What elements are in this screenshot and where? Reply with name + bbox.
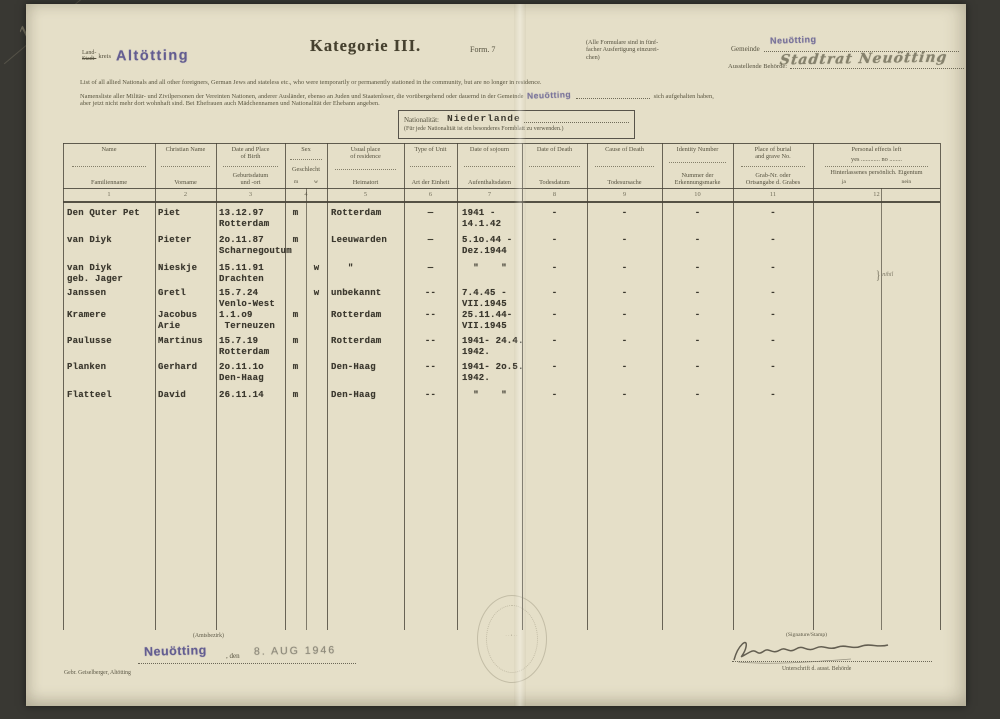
place-stamp: Neuötting (144, 643, 207, 659)
table-row: van Diyk geb. JagerNieskje15.11.91 Drach… (63, 263, 940, 289)
nationality-note: (Für jede Nationalität ist ein besondere… (404, 126, 629, 132)
cell-sex-m: m (285, 390, 306, 401)
cell-vorname: Piet (158, 208, 216, 219)
dotted-line (732, 661, 932, 662)
cell-death-date: - (522, 390, 587, 401)
cell-vorname: David (158, 390, 216, 401)
cell-death-cause: - (587, 362, 662, 373)
col-header-sojourn: Date of sojournAufenthaltsdaten (457, 145, 522, 187)
amtsbezirk-label: (Amtsbezirk) (193, 633, 224, 639)
cell-identity: - (662, 288, 733, 299)
cell-vorname: Gretl (158, 288, 216, 299)
cell-death-date: - (522, 310, 587, 321)
den-label: , den (226, 652, 240, 660)
district-stamp: Altötting (116, 48, 189, 65)
nationality-box: Nationalität: Niederlande (Für jede Nati… (398, 110, 635, 139)
cell-name: Flatteel (67, 390, 157, 401)
cell-sex-m: m (285, 362, 306, 373)
col-header-effects: Personal effects left yes ............ n… (813, 145, 940, 187)
cell-death-date: - (522, 235, 587, 246)
cell-birth: 26.11.14 (219, 390, 289, 401)
nationality-label: Nationalität: (404, 116, 439, 124)
table-row: van DiykPieter2o.11.87 ScharnegoutummLee… (63, 235, 940, 261)
cell-residence: Rotterdam (331, 310, 404, 321)
col-header-burial: Place of burial and grave No.Grab-Nr. od… (733, 145, 813, 187)
cell-grave: - (733, 235, 813, 246)
col-number: 1 (63, 190, 155, 200)
cell-sojourn: 1941- 24.4. 1942. (462, 336, 524, 357)
table-row: Den Quter PetPiet13.12.97 RotterdammRott… (63, 208, 940, 234)
dotted-line (524, 116, 629, 123)
cell-residence: Rotterdam (331, 336, 404, 347)
cell-identity: - (662, 310, 733, 321)
page-title: Kategorie III. (310, 36, 421, 56)
col-header-name: NameFamilienname (63, 145, 155, 187)
cell-unit: -- (404, 310, 457, 321)
form-number: Form. 7 (470, 45, 495, 54)
col-number: 11 (733, 190, 813, 200)
cell-vorname: Nieskje (158, 263, 216, 274)
cell-residence: Den-Haag (331, 390, 404, 401)
cell-name: Paulusse (67, 336, 157, 347)
cell-death-cause: - (587, 310, 662, 321)
cell-sojourn: " " (462, 263, 524, 274)
copies-note: (Alle Formulare sind in fünf- facher Aus… (586, 39, 711, 61)
cell-name: Planken (67, 362, 157, 373)
col-header-identity: Identity NumberNummer der Erkennungsmark… (662, 145, 733, 187)
col-header-unit: Type of UnitArt der Einheit (404, 145, 457, 187)
printer-imprint: Gebr. Geiselberger, Altötting (64, 670, 131, 676)
intro-german-line: Namensliste aller Militär- und Zivilpers… (80, 90, 948, 100)
cell-residence: unbekannt (331, 288, 404, 299)
cell-unit: -- (404, 288, 457, 299)
col-header-death-date: Date of DeathTodesdatum (522, 145, 587, 187)
col-header-residence: Usual place of residenceHeimatort (327, 145, 404, 187)
district-field: Land- Stadt- kreis Altötting (82, 48, 189, 64)
table-row: PlankenGerhard2o.11.1o Den-HaagmDen-Haag… (63, 362, 940, 388)
document-paper: Land- Stadt- kreis Altötting Kategorie I… (26, 4, 966, 706)
cell-death-cause: - (587, 288, 662, 299)
kreis-label: kreis (98, 53, 111, 60)
col-number: 5 (327, 190, 404, 200)
col-number: 10 (662, 190, 733, 200)
cell-residence: " (331, 263, 404, 274)
dotted-line (138, 663, 356, 664)
col-header-sex: SexGeschlecht mw (285, 145, 327, 187)
cell-birth: 15.11.91 Drachten (219, 263, 289, 284)
intro-german-line2: aber jetzt nicht mehr dort wohnhaft sind… (80, 100, 380, 107)
stadt-label: Stadt- (82, 56, 96, 63)
cell-death-date: - (522, 336, 587, 347)
cell-name: van Diyk (67, 235, 157, 246)
gemeinde-label: Gemeinde (731, 45, 760, 53)
cell-unit: -- (404, 390, 457, 401)
cell-grave: - (733, 263, 813, 274)
cell-death-cause: - (587, 208, 662, 219)
cell-sex-m: m (285, 208, 306, 219)
table-row: PaulusseMartinus15.7.19 RotterdammRotter… (63, 336, 940, 362)
cell-sojourn: 1941- 2o.5. 1942. (462, 362, 524, 383)
cell-vorname: Martinus (158, 336, 216, 347)
cell-sojourn: 25.11.44- VII.1945 (462, 310, 524, 331)
col-header-birth: Date and Place of BirthGeburtsdatum und … (216, 145, 285, 187)
handwritten-brace-note: } nihil (875, 267, 893, 283)
cell-unit: — (404, 208, 457, 219)
official-seal: ··•·· (477, 595, 547, 683)
header-divider (63, 188, 940, 189)
issuing-authority-field: Ausstellende Behörde: (728, 62, 964, 70)
cell-sojourn: " " (462, 390, 524, 401)
cell-grave: - (733, 208, 813, 219)
cell-grave: - (733, 336, 813, 347)
col-header-death-cause: Cause of DeathTodesursache (587, 145, 662, 187)
cell-death-cause: - (587, 263, 662, 274)
table-row: FlatteelDavid26.11.14mDen-Haag-- " "---- (63, 390, 940, 416)
cell-grave: - (733, 310, 813, 321)
cell-death-cause: - (587, 390, 662, 401)
signature-authority-label: Unterschrift d. ausst. Behörde (782, 666, 851, 672)
cell-residence: Den-Haag (331, 362, 404, 373)
cell-vorname: Pieter (158, 235, 216, 246)
registry-table: NameFamilienname Christian NameVorname D… (63, 143, 940, 630)
col-number: 6 (404, 190, 457, 200)
cell-death-cause: - (587, 235, 662, 246)
table-row: KramereJacobus Arie1.1.o9 TerneuzenmRott… (63, 310, 940, 336)
cell-name: Den Quter Pet (67, 208, 157, 219)
nationality-value: Niederlande (447, 113, 521, 124)
cell-sex-w: w (306, 263, 327, 274)
cell-unit: — (404, 263, 457, 274)
cell-sex-m: m (285, 235, 306, 246)
table-border-top (63, 143, 940, 144)
cell-identity: - (662, 235, 733, 246)
cell-death-date: - (522, 208, 587, 219)
cell-residence: Rotterdam (331, 208, 404, 219)
cell-birth: 2o.11.1o Den-Haag (219, 362, 289, 383)
cell-death-date: - (522, 263, 587, 274)
cell-birth: 15.7.19 Rotterdam (219, 336, 289, 357)
cell-identity: - (662, 263, 733, 274)
header-bottom-rule (63, 201, 940, 203)
dotted-line (790, 62, 964, 69)
cell-vorname: Jacobus Arie (158, 310, 216, 331)
dotted-line (576, 92, 650, 99)
cell-unit: -- (404, 336, 457, 347)
cell-identity: - (662, 208, 733, 219)
cell-residence: Leeuwarden (331, 235, 404, 246)
column-line (940, 143, 941, 630)
cell-death-cause: - (587, 336, 662, 347)
scanned-document-photo: 18 Land- Stadt- kreis Altötting Kategori… (0, 0, 1000, 719)
cell-sojourn: 5.1o.44 - Dez.1944 (462, 235, 524, 256)
cell-identity: - (662, 362, 733, 373)
issuing-authority-label: Ausstellende Behörde: (728, 63, 787, 70)
cell-grave: - (733, 288, 813, 299)
cell-birth: 2o.11.87 Scharnegoutum (219, 235, 289, 256)
cell-vorname: Gerhard (158, 362, 216, 373)
cell-sojourn: 1941 - 14.1.42 (462, 208, 524, 229)
cell-sex-m: m (285, 336, 306, 347)
cell-death-date: - (522, 288, 587, 299)
cell-sex-w: w (306, 288, 327, 299)
intro-german-tail: sich aufgehalten haben, (654, 93, 714, 100)
intro-english: List of all allied Nationals and all oth… (80, 79, 542, 86)
cell-birth: 15.7.24 Venlo-West (219, 288, 289, 309)
col-number: 7 (457, 190, 522, 200)
cell-name: van Diyk geb. Jager (67, 263, 157, 284)
col-number: 2 (155, 190, 216, 200)
col-number: 8 (522, 190, 587, 200)
cell-grave: - (733, 362, 813, 373)
date-stamp: 8. AUG 1946 (254, 644, 336, 657)
cell-identity: - (662, 390, 733, 401)
col-number: 9 (587, 190, 662, 200)
cell-sex-m: m (285, 310, 306, 321)
intro-german-text: Namensliste aller Militär- und Zivilpers… (80, 93, 523, 100)
cell-sojourn: 7.4.45 - VII.1945 (462, 288, 524, 309)
cell-name: Janssen (67, 288, 157, 299)
cell-name: Kramere (67, 310, 157, 321)
cell-unit: -- (404, 362, 457, 373)
cell-grave: - (733, 390, 813, 401)
gemeinde-stamp-inline: Neuötting (527, 89, 571, 101)
col-number: 12 (813, 190, 940, 200)
col-header-christian-name: Christian NameVorname (155, 145, 216, 187)
col-number: 3 (216, 190, 285, 200)
cell-birth: 13.12.97 Rotterdam (219, 208, 289, 229)
cell-death-date: - (522, 362, 587, 373)
cell-birth: 1.1.o9 Terneuzen (219, 310, 289, 331)
col-number: 4 (285, 190, 327, 200)
cell-unit: — (404, 235, 457, 246)
cell-identity: - (662, 336, 733, 347)
